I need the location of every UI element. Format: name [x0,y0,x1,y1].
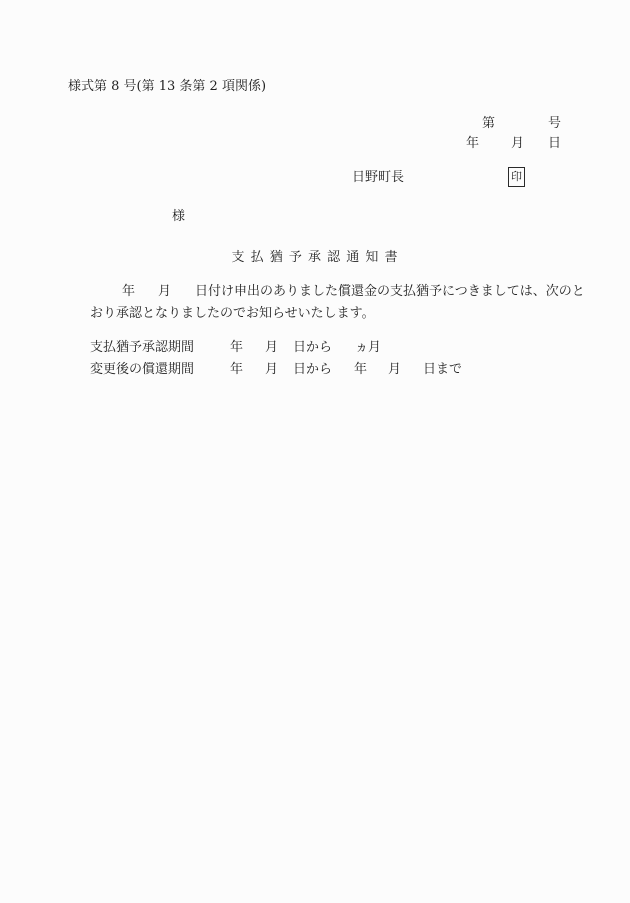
addressee-honorific: 様 [172,210,185,224]
date-year-label: 年 [466,137,479,151]
date-day-label: 日 [548,137,561,151]
document-page: 様式第 8 号(第 13 条第 2 項関係) 第 号 年 月 日 日野町長 印 … [0,0,630,903]
period-year-label: 年 [230,363,243,377]
body-month-label: 月 [158,285,171,299]
period-month-label: 月 [265,341,278,355]
doc-number-suffix: 号 [548,117,561,131]
period-duration-label: ヵ月 [355,341,381,355]
body-year-label: 年 [122,285,135,299]
period-year2-label: 年 [354,363,367,377]
body-line2-text: おり承認となりましたのでお知らせいたします。 [90,307,375,321]
seal-mark: 印 [508,167,525,187]
doc-number-prefix: 第 [482,117,495,131]
period-day-from-label: 日から [293,341,332,355]
period-month2-label: 月 [388,363,401,377]
body-line1-text: 日付け申出のありました償還金の支払猶予につきましては、次のと [195,285,585,299]
date-month-label: 月 [511,137,524,151]
sender-name: 日野町長 [352,171,404,185]
period-day-to-label: 日まで [423,363,462,377]
period-day-from-label: 日から [293,363,332,377]
period-month-label: 月 [265,363,278,377]
period-row-label: 変更後の償還期間 [90,363,194,377]
document-title: 支 払 猶 予 承 認 通 知 書 [0,246,630,265]
period-year-label: 年 [230,341,243,355]
period-row-label: 支払猶予承認期間 [90,341,194,355]
form-number-note: 様式第 8 号(第 13 条第 2 項関係) [68,80,266,94]
